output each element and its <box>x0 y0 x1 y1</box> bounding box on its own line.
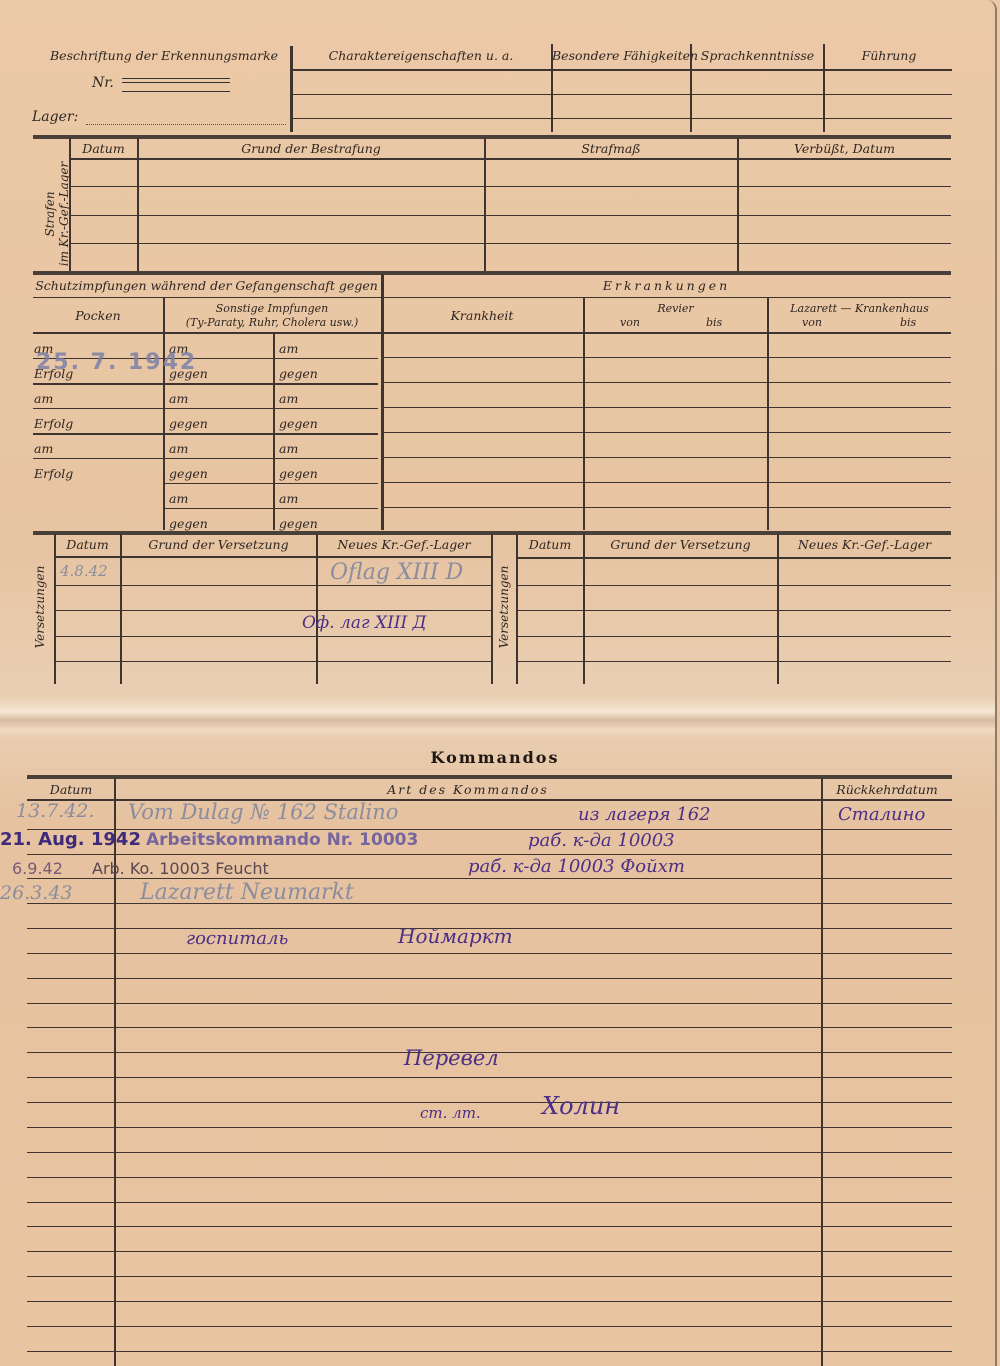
other-am: am <box>279 391 298 406</box>
transfer-date-1: 4.8.42 <box>60 562 108 580</box>
rule <box>517 661 951 662</box>
hospital-ru: госпиталь <box>186 928 288 949</box>
rule <box>33 458 378 459</box>
col-lazarett: Lazarett — Krankenhaus <box>768 302 951 315</box>
other-am: am <box>279 441 298 456</box>
rule <box>292 94 952 95</box>
side-label-line1: Strafen <box>43 191 57 236</box>
nr-field[interactable] <box>122 78 230 92</box>
rule <box>70 215 951 216</box>
col-grund-der-versetzung: Grund der Versetzung <box>121 537 316 552</box>
rule <box>33 297 951 298</box>
other-am: am <box>279 491 298 506</box>
kommando-text-4: Lazarett Neumarkt <box>140 880 354 905</box>
section-border <box>33 271 951 275</box>
rule <box>33 433 378 435</box>
transfer-camp-1: Oflag XIII D <box>330 560 463 585</box>
rule <box>517 585 951 586</box>
punishments-side-label: Strafen im Kr.-Gef.-Lager <box>43 149 71 279</box>
revier-von: von <box>620 316 640 329</box>
rule <box>517 557 951 559</box>
lazarett-bis: bis <box>900 316 916 329</box>
rule <box>70 158 951 160</box>
translator-label: Перевел <box>404 1046 499 1070</box>
col-besondere-faehigkeiten: Besondere Fähigkeiten <box>552 48 690 63</box>
rule <box>517 610 951 611</box>
paper-fold <box>0 698 995 738</box>
kommando-date-4: 26.3.43 <box>0 882 73 904</box>
rule <box>70 243 951 244</box>
rule <box>384 357 951 358</box>
translator-rank: ст. лт. <box>420 1104 481 1122</box>
rule <box>384 507 951 508</box>
col-art-des-kommandos: Art des Kommandos <box>115 782 821 797</box>
kommando-date-1: 13.7.42. <box>16 800 95 822</box>
other-gegen: gegen <box>279 516 318 531</box>
col-pocken: Pocken <box>33 308 163 323</box>
other-gegen: gegen <box>169 466 208 481</box>
rule <box>55 610 491 611</box>
pocken-erfolg-2: Erfolg <box>34 416 73 431</box>
rule <box>55 556 491 558</box>
rule <box>33 408 378 409</box>
col-rueckkehrdatum: Rückkehrdatum <box>822 782 952 797</box>
col-neues-lager: Neues Kr.-Gef.-Lager <box>778 537 951 552</box>
other-gegen: gegen <box>279 416 318 431</box>
kommando-date-3-stamp: 6.9.42 <box>12 859 63 878</box>
lager-label: Lager: <box>32 109 78 125</box>
kommando-text-3-ru: раб. к-да 10003 Фойхт <box>468 856 685 877</box>
divider <box>491 534 493 684</box>
kommandos-title: Kommandos <box>410 748 580 767</box>
kommando-return-1: Сталино <box>838 804 925 825</box>
other-am: am <box>169 441 188 456</box>
col-grund-der-versetzung: Grund der Versetzung <box>584 537 777 552</box>
pocken-erfolg-3: Erfolg <box>34 466 73 481</box>
transfers-side-label-left: Versetzungen <box>33 547 47 667</box>
rule <box>55 636 491 637</box>
col-revier: Revier <box>584 302 767 315</box>
pocken-am-3: am <box>34 441 53 456</box>
col-verbuesst-datum: Verbüßt, Datum <box>738 141 951 156</box>
other-gegen: gegen <box>279 366 318 381</box>
rule <box>384 382 951 383</box>
col-strafmass: Strafmaß <box>485 141 737 156</box>
other-am: am <box>169 391 188 406</box>
tag-label: Beschriftung der Erkennungsmarke <box>50 48 275 63</box>
divider <box>821 778 823 1366</box>
other-gegen: gegen <box>279 466 318 481</box>
neumarkt-ru: Ноймаркт <box>398 924 513 948</box>
col-krankheit: Krankheit <box>382 308 582 323</box>
revier-bis: bis <box>706 316 722 329</box>
rule <box>70 186 951 187</box>
translator-signature: Холин <box>542 1092 620 1120</box>
kommando-date-2-stamp: 21. Aug. 1942 <box>0 829 141 850</box>
rule <box>33 332 951 334</box>
divider <box>273 334 275 530</box>
pocken-am-2: am <box>34 391 53 406</box>
col-fuehrung: Führung <box>825 48 953 63</box>
rule <box>55 661 491 662</box>
paper-sheet <box>0 0 997 1366</box>
kommando-text-2-ru: раб. к-да 10003 <box>528 830 675 851</box>
rule <box>517 636 951 637</box>
vaccination-date-stamp: 25. 7. 1942 <box>36 350 197 375</box>
col-grund-der-bestrafung: Grund der Bestrafung <box>138 141 484 156</box>
lager-field[interactable] <box>86 124 286 125</box>
other-gegen: gegen <box>169 516 208 531</box>
rule <box>292 69 952 71</box>
section-border <box>33 135 951 139</box>
rule <box>384 482 951 483</box>
kommando-text-1: Vom Dulag № 162 Stalino <box>128 800 398 824</box>
lazarett-von: von <box>802 316 822 329</box>
rule <box>33 383 378 385</box>
rule <box>55 585 491 586</box>
other-am: am <box>279 341 298 356</box>
rule <box>384 432 951 433</box>
rule <box>165 508 378 509</box>
kommando-text-3-stamp: Arb. Ko. 10003 Feucht <box>92 859 269 878</box>
transfers-side-label-right: Versetzungen <box>497 547 511 667</box>
col-sprachkenntnisse: Sprachkenntnisse <box>690 48 825 63</box>
col-sonstige-impfungen: Sonstige Impfungen <box>164 302 380 315</box>
col-charaktereigenschaften: Charaktereigenschaften u. a. <box>292 48 550 63</box>
col-datum: Datum <box>28 782 114 797</box>
kommando-text-2-stamp: Arbeitskommando Nr. 10003 <box>146 830 418 850</box>
col-sonstige-impfungen-note: (Ty-Paraty, Ruhr, Cholera usw.) <box>164 316 380 329</box>
section-border <box>27 775 952 779</box>
rule <box>292 118 952 119</box>
col-datum: Datum <box>517 537 583 552</box>
vaccinations-title: Schutzimpfungen während der Gefangenscha… <box>33 278 380 293</box>
col-datum: Datum <box>70 141 137 156</box>
rule <box>165 483 378 484</box>
transfer-camp-1-ru: Оф. лаг XIII Д <box>302 613 426 633</box>
nr-label: Nr. <box>92 75 114 91</box>
rule <box>384 457 951 458</box>
illnesses-title: Erkrankungen <box>382 278 951 293</box>
other-am: am <box>169 491 188 506</box>
kommando-text-1-ru: из лагеря 162 <box>578 804 711 825</box>
rule <box>384 407 951 408</box>
col-neues-lager: Neues Kr.-Gef.-Lager <box>317 537 491 552</box>
other-gegen: gegen <box>169 416 208 431</box>
col-datum: Datum <box>55 537 120 552</box>
